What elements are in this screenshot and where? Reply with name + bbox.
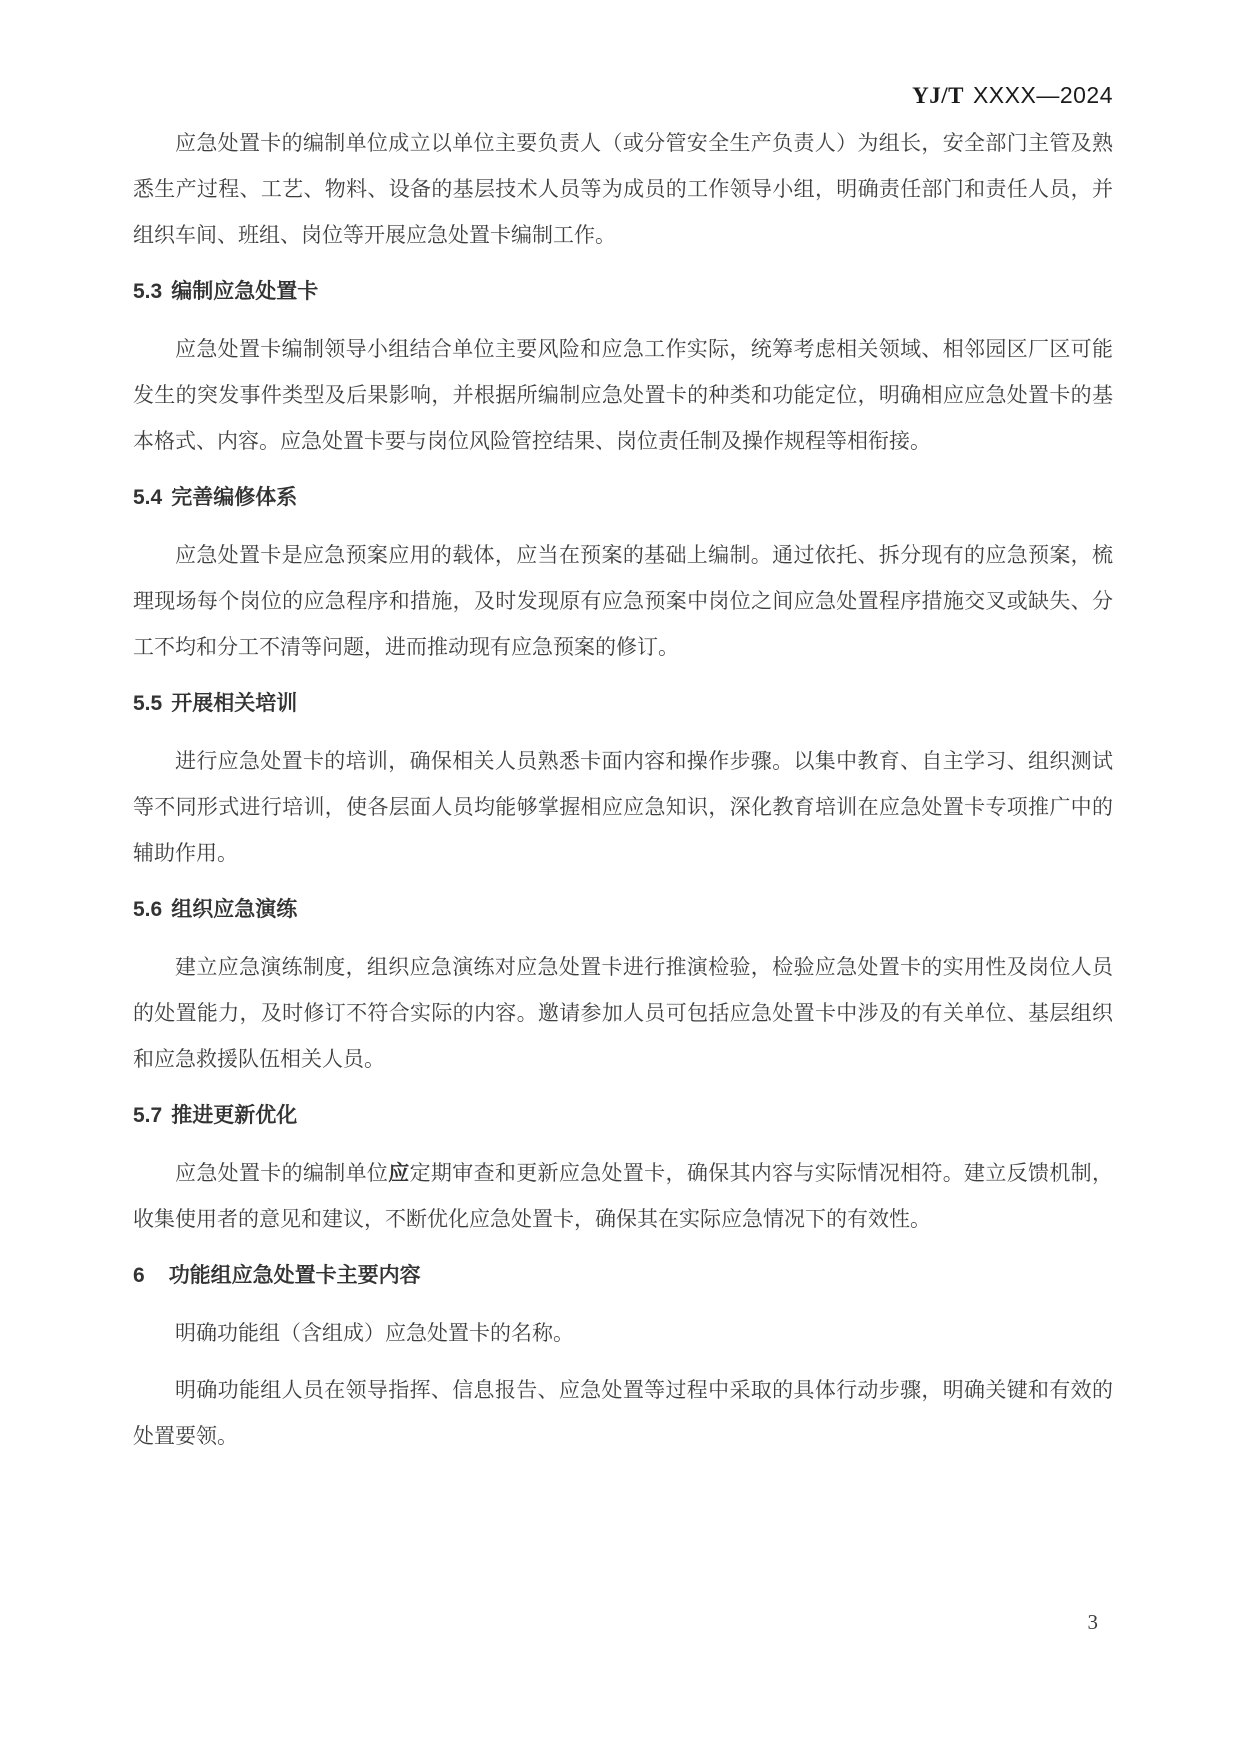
section-6-paragraph-2: 明确功能组人员在领导指挥、信息报告、应急处置等过程中采取的具体行动步骤，明确关键…	[133, 1367, 1113, 1459]
page-header: YJ/TXXXX—2024	[912, 82, 1113, 109]
section-5-3-paragraph: 应急处置卡编制领导小组结合单位主要风险和应急工作实际，统筹考虑相关领域、相邻园区…	[133, 326, 1113, 464]
section-title: 推进更新优化	[171, 1104, 297, 1127]
document-page: YJ/TXXXX—2024 应急处置卡的编制单位成立以单位主要负责人（或分管安全…	[0, 0, 1240, 1753]
section-5-4-paragraph: 应急处置卡是应急预案应用的载体，应当在预案的基础上编制。通过依托、拆分现有的应急…	[133, 532, 1113, 670]
section-heading-5-3: 5.3编制应急处置卡	[133, 269, 1113, 315]
section-heading-5-6: 5.6组织应急演练	[133, 887, 1113, 933]
text-run: 应急处置卡的编制单位	[175, 1161, 388, 1185]
intro-paragraph: 应急处置卡的编制单位成立以单位主要负责人（或分管安全生产负责人）为组长，安全部门…	[133, 120, 1113, 258]
section-5-6-paragraph: 建立应急演练制度，组织应急演练对应急处置卡进行推演检验，检验应急处置卡的实用性及…	[133, 944, 1113, 1082]
standard-code-number: XXXX—2024	[973, 82, 1113, 108]
section-number: 6	[133, 1264, 145, 1287]
section-heading-5-4: 5.4完善编修体系	[133, 475, 1113, 521]
section-5-7-paragraph: 应急处置卡的编制单位应定期审查和更新应急处置卡，确保其内容与实际情况相符。建立反…	[133, 1150, 1113, 1242]
section-5-5-paragraph: 进行应急处置卡的培训，确保相关人员熟悉卡面内容和操作步骤。以集中教育、自主学习、…	[133, 738, 1113, 876]
bold-text-run: 应	[388, 1161, 409, 1185]
section-number: 5.7	[133, 1104, 162, 1127]
section-heading-6: 6功能组应急处置卡主要内容	[133, 1253, 1113, 1299]
page-number: 3	[1088, 1606, 1099, 1638]
standard-code-prefix: YJ/T	[912, 83, 964, 108]
section-heading-5-7: 5.7推进更新优化	[133, 1093, 1113, 1139]
section-title: 编制应急处置卡	[171, 280, 318, 303]
section-number: 5.4	[133, 486, 162, 509]
section-number: 5.6	[133, 898, 162, 921]
section-title: 开展相关培训	[171, 692, 297, 715]
section-title: 组织应急演练	[171, 898, 297, 921]
section-title: 完善编修体系	[171, 486, 297, 509]
section-number: 5.3	[133, 280, 162, 303]
section-title: 功能组应急处置卡主要内容	[169, 1264, 421, 1287]
section-number: 5.5	[133, 692, 162, 715]
document-body: 应急处置卡的编制单位成立以单位主要负责人（或分管安全生产负责人）为组长，安全部门…	[133, 120, 1113, 1470]
section-6-paragraph-1: 明确功能组（含组成）应急处置卡的名称。	[133, 1310, 1113, 1356]
section-heading-5-5: 5.5开展相关培训	[133, 681, 1113, 727]
